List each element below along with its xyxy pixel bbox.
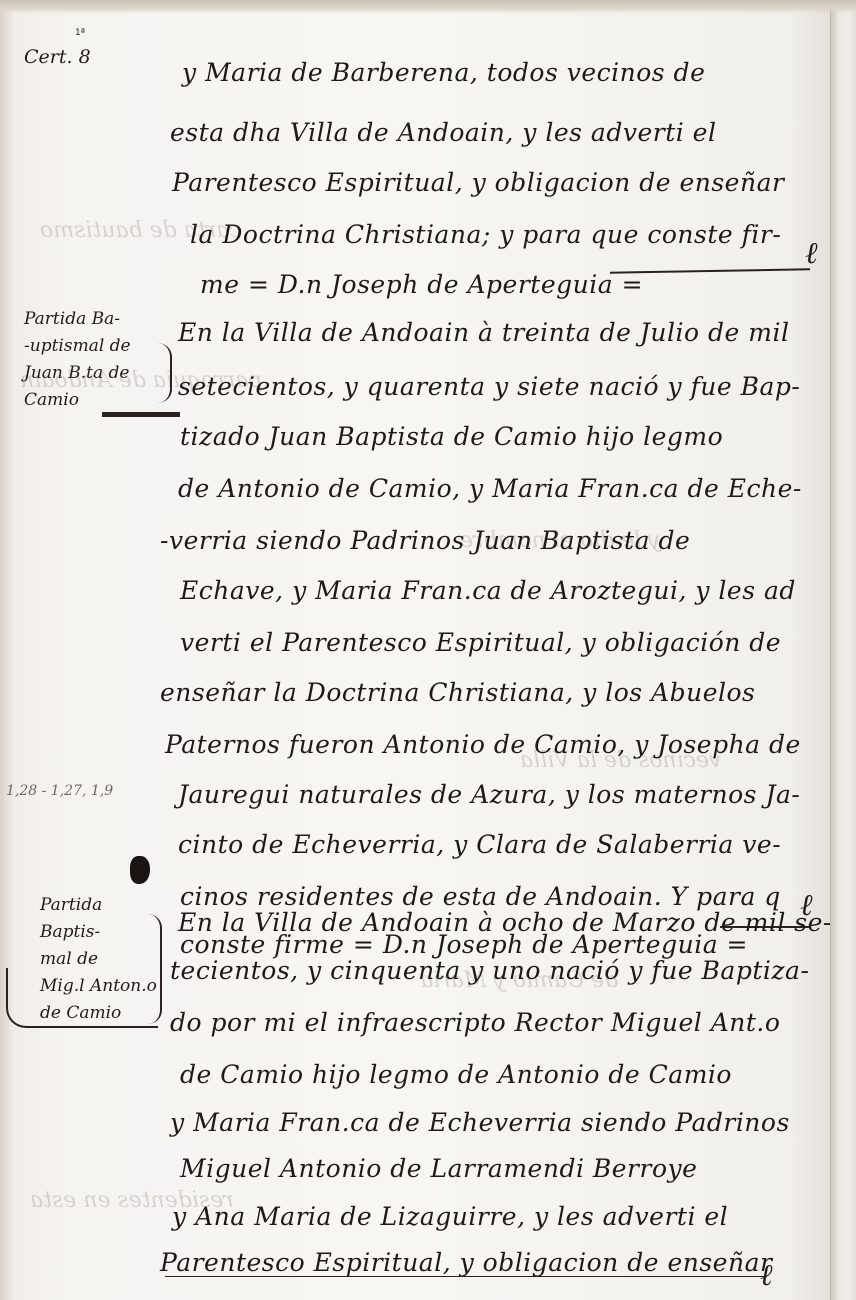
text-line: Echave, y Maria Fran.ca de Aroztegui, y … [180,576,796,605]
text-line: y Ana Maria de Lizaguirre, y les adverti… [172,1202,728,1231]
margin-rule [102,412,180,417]
text-line: y Maria de Barberena, todos vecinos de [182,58,705,87]
text-line: Parentesco Espiritual, y obligacion de e… [172,168,784,197]
text-line: la Doctrina Christiana; y para que const… [190,220,781,249]
text-line: tizado Juan Baptista de Camio hijo legmo [180,422,723,451]
folio-mark: 1ª [75,28,85,38]
closing-rule [165,1276,765,1277]
text-line: cinto de Echeverria, y Clara de Salaberr… [178,830,781,859]
corner-note: Cert. 8 [24,44,91,71]
flourish-mark: ℓ [760,1258,773,1293]
text-line: enseñar la Doctrina Christiana, y los Ab… [160,678,755,707]
ink-blot [130,856,150,884]
flourish-mark: ℓ [805,236,818,271]
text-line: Jauregui naturales de Azura, y los mater… [178,780,800,809]
page-top-edge [0,0,856,14]
margin-bracket [150,343,172,403]
signature-line: me = D.n Joseph de Aperteguia = [200,270,643,299]
binding-gutter [830,0,856,1300]
manuscript-page: carta de bautismo parroquia de Andoain y… [0,8,830,1300]
side-pencil-marks: 1,28 - 1,27, 1,9 [6,778,113,805]
text-line: -verria siendo Padrinos Juan Baptista de [160,526,690,555]
text-line: esta dha Villa de Andoain, y les adverti… [170,118,716,147]
text-line: de Antonio de Camio, y Maria Fran.ca de … [178,474,802,503]
text-line: Parentesco Espiritual, y obligacion de e… [160,1248,772,1277]
margin-box [6,968,158,1028]
margin-note: Partida Ba- -uptismal de Juan B.ta de Ca… [24,306,131,414]
text-line: Paternos fueron Antonio de Camio, y Jose… [165,730,801,759]
text-line: En la Villa de Andoain à treinta de Juli… [178,318,789,347]
text-line: En la Villa de Andoain à ocho de Marzo d… [178,908,830,937]
text-line: setecientos, y quarenta y siete nació y … [178,372,800,401]
text-line: do por mi el infraescripto Rector Miguel… [170,1008,780,1037]
page-edge-shadow [0,8,14,1300]
text-line: Miguel Antonio de Larramendi Berroye [180,1154,697,1183]
text-line: de Camio hijo legmo de Antonio de Camio [180,1060,732,1089]
text-line: y Maria Fran.ca de Echeverria siendo Pad… [170,1108,790,1137]
text-line: verti el Parentesco Espiritual, y obliga… [180,628,781,657]
text-line: cinos residentes de esta de Andoain. Y p… [180,882,781,911]
text-line: tecientos, y cinquenta y uno nació y fue… [170,956,809,985]
